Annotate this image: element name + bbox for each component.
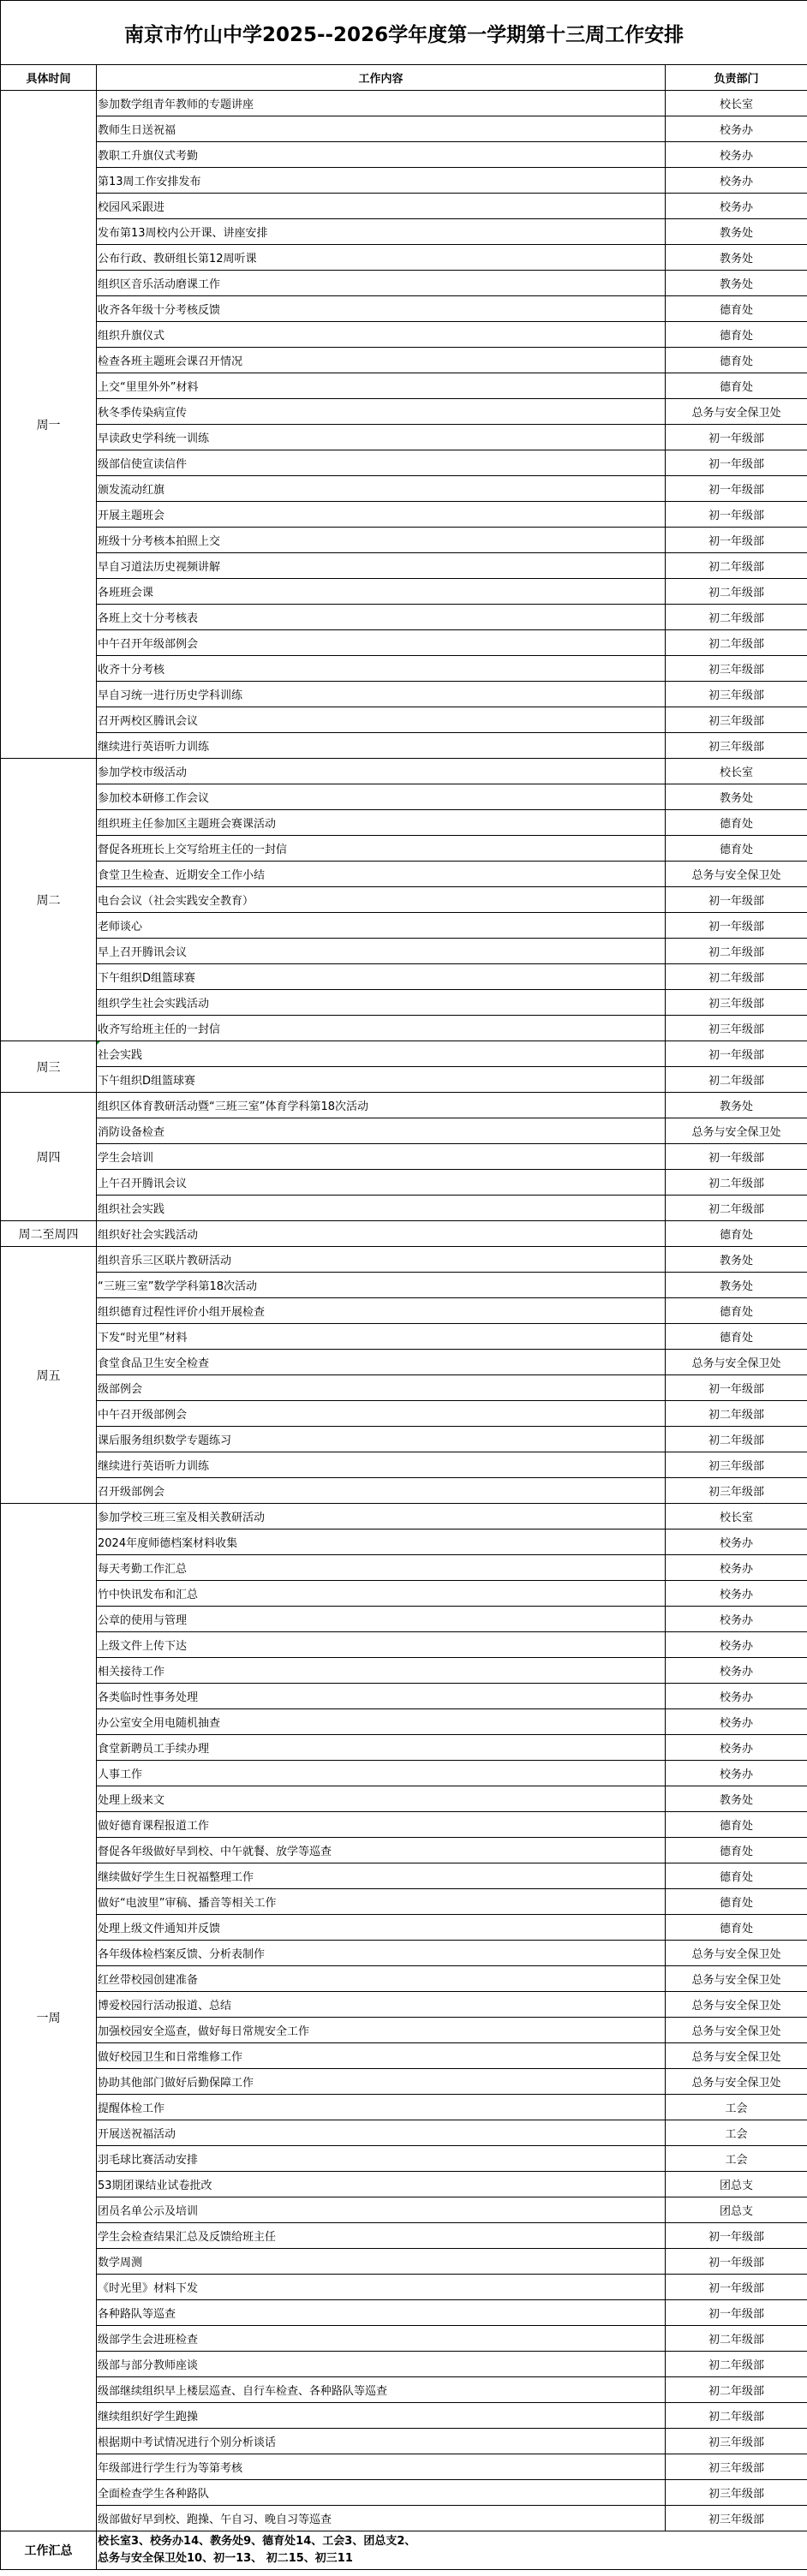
table-row: 秋冬季传染病宣传总务与安全保卫处 (1, 399, 807, 425)
dept-cell: 初一年级部 (666, 1375, 807, 1401)
task-cell: 参加数学组青年教师的专题讲座 (97, 91, 666, 116)
table-row: 红丝带校园创建准备总务与安全保卫处 (1, 1966, 807, 1992)
dept-cell: 初一年级部 (666, 1041, 807, 1067)
table-row: 提醒体检工作工会 (1, 2095, 807, 2120)
table-row: 每天考勤工作汇总校务办 (1, 1555, 807, 1581)
summary-text: 校长室3、校务办14、教务处9、德育处14、工会3、团总支2、 总务与安全保卫处… (97, 2531, 807, 2570)
task-cell: 参加学校三班三室及相关教研活动 (97, 1504, 666, 1529)
task-cell: 级部继续组织早上楼层巡查、自行车检查、各种路队等巡查 (97, 2377, 666, 2403)
task-cell: 学生会培训 (97, 1144, 666, 1170)
table-row: 食堂卫生检查、近期安全工作小结总务与安全保卫处 (1, 862, 807, 887)
task-cell: 博爱校园行活动报道、总结 (97, 1992, 666, 2018)
table-row: 做好校园卫生和日常维修工作总务与安全保卫处 (1, 2043, 807, 2069)
table-row: 办公室安全用电随机抽查校务办 (1, 1709, 807, 1735)
task-cell: 收齐十分考核 (97, 656, 666, 682)
dept-cell: 初二年级部 (666, 605, 807, 630)
task-cell: 2024年度师德档案材料收集 (97, 1529, 666, 1555)
dept-cell: 总务与安全保卫处 (666, 399, 807, 425)
task-cell: 每天考勤工作汇总 (97, 1555, 666, 1581)
summary-label: 工作汇总 (1, 2531, 97, 2570)
task-cell: 召开两校区腾讯会议 (97, 707, 666, 733)
task-cell: 组织音乐三区联片教研活动 (97, 1247, 666, 1273)
dept-cell: 校务办 (666, 1632, 807, 1658)
task-cell: 下发“时光里”材料 (97, 1324, 666, 1350)
task-cell: 各班上交十分考核表 (97, 605, 666, 630)
table-row: 周二至周四组织好社会实践活动德育处 (1, 1221, 807, 1247)
dept-cell: 初一年级部 (666, 2223, 807, 2249)
task-cell: 组织德育过程性评价小组开展检查 (97, 1298, 666, 1324)
dept-cell: 校务办 (666, 1581, 807, 1607)
task-cell: 开展主题班会 (97, 502, 666, 528)
dept-cell: 初二年级部 (666, 2403, 807, 2429)
task-cell: 做好校园卫生和日常维修工作 (97, 2043, 666, 2069)
task-cell: 秋冬季传染病宣传 (97, 399, 666, 425)
dept-cell: 校务办 (666, 168, 807, 194)
task-cell: 公布行政、教研组长第12周听课 (97, 245, 666, 271)
task-cell: 收齐写给班主任的一封信 (97, 1016, 666, 1041)
dept-cell: 教务处 (666, 1786, 807, 1812)
day-cell: 周三 (1, 1041, 97, 1093)
dept-cell: 总务与安全保卫处 (666, 1350, 807, 1375)
dept-cell: 初三年级部 (666, 990, 807, 1016)
dept-cell: 德育处 (666, 373, 807, 399)
table-row: 中午召开级部例会初二年级部 (1, 1401, 807, 1427)
table-row: 公章的使用与管理校务办 (1, 1607, 807, 1632)
task-cell: 早自习统一进行历史学科训练 (97, 682, 666, 707)
task-cell: 检查各班主题班会课召开情况 (97, 348, 666, 373)
dept-cell: 初三年级部 (666, 1016, 807, 1041)
dept-cell: 初二年级部 (666, 1196, 807, 1221)
table-row: 督促各班班长上交写给班主任的一封信德育处 (1, 836, 807, 862)
dept-cell: 初二年级部 (666, 2352, 807, 2377)
table-row: 召开两校区腾讯会议初三年级部 (1, 707, 807, 733)
table-row: 下发“时光里”材料德育处 (1, 1324, 807, 1350)
table-row: 班级十分考核本拍照上交初一年级部 (1, 528, 807, 553)
table-row: 消防设备检查总务与安全保卫处 (1, 1118, 807, 1144)
task-cell: 各类临时性事务处理 (97, 1684, 666, 1709)
dept-cell: 总务与安全保卫处 (666, 2043, 807, 2069)
dept-cell: 初二年级部 (666, 1401, 807, 1427)
task-cell: 电台会议（社会实践安全教育） (97, 887, 666, 913)
table-row: 督促各年级做好早到校、中午就餐、放学等巡查德育处 (1, 1838, 807, 1863)
table-row: 处理上级来文教务处 (1, 1786, 807, 1812)
dept-cell: 初三年级部 (666, 1452, 807, 1478)
dept-cell: 团总支 (666, 2197, 807, 2223)
task-cell: 参加校本研修工作会议 (97, 784, 666, 810)
task-cell: 加强校园安全巡查，做好每日常规安全工作 (97, 2018, 666, 2043)
task-cell: 下午组织D组篮球赛 (97, 1067, 666, 1093)
dept-cell: 初一年级部 (666, 450, 807, 476)
dept-cell: 初二年级部 (666, 964, 807, 990)
table-row: 上级文件上传下达校务办 (1, 1632, 807, 1658)
task-cell: 组织学生社会实践活动 (97, 990, 666, 1016)
task-cell: 年级部进行学生行为等第考核 (97, 2454, 666, 2480)
dept-cell: 教务处 (666, 271, 807, 296)
column-header-dept: 负责部门 (666, 65, 807, 91)
summary-row: 工作汇总 校长室3、校务办14、教务处9、德育处14、工会3、团总支2、 总务与… (1, 2531, 807, 2570)
table-row: 下午组织D组篮球赛初二年级部 (1, 1067, 807, 1093)
dept-cell: 校务办 (666, 1684, 807, 1709)
task-cell: 全面检查学生各种路队 (97, 2480, 666, 2506)
task-cell: 发布第13周校内公开课、讲座安排 (97, 219, 666, 245)
table-row: 周一参加数学组青年教师的专题讲座校长室 (1, 91, 807, 116)
table-row: 检查各班主题班会课召开情况德育处 (1, 348, 807, 373)
table-row: 继续进行英语听力训练初三年级部 (1, 733, 807, 759)
task-cell: 食堂卫生检查、近期安全工作小结 (97, 862, 666, 887)
task-cell: 相关接待工作 (97, 1658, 666, 1684)
dept-cell: 德育处 (666, 296, 807, 322)
task-cell: 提醒体检工作 (97, 2095, 666, 2120)
dept-cell: 初二年级部 (666, 939, 807, 964)
dept-cell: 德育处 (666, 1863, 807, 1889)
table-row: 继续做好学生生日祝福整理工作德育处 (1, 1863, 807, 1889)
table-row: 老师谈心初一年级部 (1, 913, 807, 939)
dept-cell: 初三年级部 (666, 707, 807, 733)
table-row: 第13周工作安排发布校务办 (1, 168, 807, 194)
day-cell: 周一 (1, 91, 97, 759)
task-cell: 数学周测 (97, 2249, 666, 2275)
task-cell: 办公室安全用电随机抽查 (97, 1709, 666, 1735)
task-cell: 羽毛球比赛活动安排 (97, 2146, 666, 2172)
task-cell: 早上召开腾讯会议 (97, 939, 666, 964)
dept-cell: 校务办 (666, 1658, 807, 1684)
task-cell: 《时光里》材料下发 (97, 2275, 666, 2300)
dept-cell: 初一年级部 (666, 2300, 807, 2326)
dept-cell: 初三年级部 (666, 1478, 807, 1504)
table-row: 各班班会课初二年级部 (1, 579, 807, 605)
dept-cell: 初一年级部 (666, 887, 807, 913)
dept-cell: 初三年级部 (666, 2506, 807, 2531)
task-cell: 开展送祝福活动 (97, 2120, 666, 2146)
dept-cell: 总务与安全保卫处 (666, 1118, 807, 1144)
table-row: 教职工升旗仪式考勤校务办 (1, 142, 807, 168)
table-row: 开展主题班会初一年级部 (1, 502, 807, 528)
dept-cell: 初三年级部 (666, 2454, 807, 2480)
table-row: 级部例会初一年级部 (1, 1375, 807, 1401)
task-cell: 督促各班班长上交写给班主任的一封信 (97, 836, 666, 862)
task-cell: 级部做好早到校、跑操、午自习、晚自习等巡查 (97, 2506, 666, 2531)
column-header-time: 具体时间 (1, 65, 97, 91)
table-row: 组织德育过程性评价小组开展检查德育处 (1, 1298, 807, 1324)
table-row: 级部与部分教师座谈初二年级部 (1, 2352, 807, 2377)
task-cell: 早自习道法历史视频讲解 (97, 553, 666, 579)
task-cell: 上交“里里外外”材料 (97, 373, 666, 399)
dept-cell: 初一年级部 (666, 502, 807, 528)
dept-cell: 初一年级部 (666, 2249, 807, 2275)
table-row: 组织升旗仪式德育处 (1, 322, 807, 348)
table-row: 上午召开腾讯会议初二年级部 (1, 1170, 807, 1196)
table-row: 各类临时性事务处理校务办 (1, 1684, 807, 1709)
task-cell: 收齐各年级十分考核反馈 (97, 296, 666, 322)
dept-cell: 校务办 (666, 142, 807, 168)
table-row: 组织班主任参加区主题班会赛课活动德育处 (1, 810, 807, 836)
task-cell: 食堂食品卫生安全检查 (97, 1350, 666, 1375)
table-row: 级部信使宣读信件初一年级部 (1, 450, 807, 476)
dept-cell: 初二年级部 (666, 1067, 807, 1093)
dept-cell: 初一年级部 (666, 913, 807, 939)
summary-line-1: 校长室3、校务办14、教务处9、德育处14、工会3、团总支2、 (98, 2533, 807, 2550)
dept-cell: 校长室 (666, 91, 807, 116)
dept-cell: 总务与安全保卫处 (666, 862, 807, 887)
dept-cell: 教务处 (666, 245, 807, 271)
page-title: 南京市竹山中学2025--2026学年度第一学期第十三周工作安排 (1, 1, 807, 65)
dept-cell: 初二年级部 (666, 579, 807, 605)
table-row: 早自习统一进行历史学科训练初三年级部 (1, 682, 807, 707)
task-cell: 校园风采跟进 (97, 194, 666, 219)
task-cell: 各种路队等巡查 (97, 2300, 666, 2326)
table-row: 参加校本研修工作会议教务处 (1, 784, 807, 810)
task-cell: 早读政史学科统一训练 (97, 425, 666, 450)
dept-cell: 初二年级部 (666, 1427, 807, 1452)
table-row: 相关接待工作校务办 (1, 1658, 807, 1684)
table-row: 做好德育课程报道工作德育处 (1, 1812, 807, 1838)
table-row: 继续进行英语听力训练初三年级部 (1, 1452, 807, 1478)
dept-cell: 团总支 (666, 2172, 807, 2197)
dept-cell: 校务办 (666, 1709, 807, 1735)
task-cell: 下午组织D组篮球赛 (97, 964, 666, 990)
dept-cell: 初二年级部 (666, 553, 807, 579)
dept-cell: 德育处 (666, 1889, 807, 1915)
task-cell: 教职工升旗仪式考勤 (97, 142, 666, 168)
dept-cell: 总务与安全保卫处 (666, 1992, 807, 2018)
table-row: 级部学生会进班检查初二年级部 (1, 2326, 807, 2352)
task-cell: 组织区体育教研活动暨“三班三室”体育学科第18次活动 (97, 1093, 666, 1118)
table-row: 人事工作校务办 (1, 1761, 807, 1786)
table-row: 中午召开年级部例会初二年级部 (1, 630, 807, 656)
dept-cell: 教务处 (666, 219, 807, 245)
table-row: 处理上级文件通知并反馈德育处 (1, 1915, 807, 1941)
table-row: 发布第13周校内公开课、讲座安排教务处 (1, 219, 807, 245)
table-row: 各班上交十分考核表初二年级部 (1, 605, 807, 630)
dept-cell: 总务与安全保卫处 (666, 2069, 807, 2095)
table-row: 周四组织区体育教研活动暨“三班三室”体育学科第18次活动教务处 (1, 1093, 807, 1118)
table-row: 组织社会实践初二年级部 (1, 1196, 807, 1221)
table-row: 课后服务组织数学专题练习初二年级部 (1, 1427, 807, 1452)
dept-cell: 初三年级部 (666, 2480, 807, 2506)
table-row: 收齐各年级十分考核反馈德育处 (1, 296, 807, 322)
dept-cell: 校务办 (666, 194, 807, 219)
task-cell: 处理上级文件通知并反馈 (97, 1915, 666, 1941)
task-cell: 公章的使用与管理 (97, 1607, 666, 1632)
table-row: 早读政史学科统一训练初一年级部 (1, 425, 807, 450)
dept-cell: 德育处 (666, 810, 807, 836)
dept-cell: 教务处 (666, 1093, 807, 1118)
dept-cell: 工会 (666, 2146, 807, 2172)
task-cell: 老师谈心 (97, 913, 666, 939)
table-row: 各种路队等巡查初一年级部 (1, 2300, 807, 2326)
dept-cell: 德育处 (666, 322, 807, 348)
task-cell: 督促各年级做好早到校、中午就餐、放学等巡查 (97, 1838, 666, 1863)
day-cell: 周二至周四 (1, 1221, 97, 1247)
task-cell: 继续进行英语听力训练 (97, 1452, 666, 1478)
task-cell: 各年级体检档案反馈、分析表制作 (97, 1941, 666, 1966)
table-row: 收齐写给班主任的一封信初三年级部 (1, 1016, 807, 1041)
table-row: 收齐十分考核初三年级部 (1, 656, 807, 682)
dept-cell: 总务与安全保卫处 (666, 1966, 807, 1992)
dept-cell: 工会 (666, 2095, 807, 2120)
task-cell: 53期团课结业试卷批改 (97, 2172, 666, 2197)
table-row: 电台会议（社会实践安全教育）初一年级部 (1, 887, 807, 913)
dept-cell: 校务办 (666, 116, 807, 142)
dept-cell: 校务办 (666, 1529, 807, 1555)
day-cell: 一周 (1, 1504, 97, 2531)
column-header-content: 工作内容 (97, 65, 666, 91)
dept-cell: 初三年级部 (666, 733, 807, 759)
table-row: 周二参加学校市级活动校长室 (1, 759, 807, 784)
task-cell: 人事工作 (97, 1761, 666, 1786)
table-row: 学生会检查结果汇总及反馈给班主任初一年级部 (1, 2223, 807, 2249)
task-cell: 继续做好学生生日祝福整理工作 (97, 1863, 666, 1889)
day-cell: 周二 (1, 759, 97, 1041)
task-cell: 食堂新聘员工手续办理 (97, 1735, 666, 1761)
table-row: 一周参加学校三班三室及相关教研活动校长室 (1, 1504, 807, 1529)
task-cell: 处理上级来文 (97, 1786, 666, 1812)
day-cell: 周四 (1, 1093, 97, 1221)
task-cell: 第13周工作安排发布 (97, 168, 666, 194)
task-cell: 组织班主任参加区主题班会赛课活动 (97, 810, 666, 836)
table-row: 级部做好早到校、跑操、午自习、晚自习等巡查初三年级部 (1, 2506, 807, 2531)
dept-cell: 校务办 (666, 1607, 807, 1632)
task-cell: 社会实践 (97, 1041, 666, 1067)
task-cell: 级部例会 (97, 1375, 666, 1401)
table-row: 上交“里里外外”材料德育处 (1, 373, 807, 399)
table-row: 《时光里》材料下发初一年级部 (1, 2275, 807, 2300)
task-cell: 红丝带校园创建准备 (97, 1966, 666, 1992)
table-row: 2024年度师德档案材料收集校务办 (1, 1529, 807, 1555)
table-row: 博爱校园行活动报道、总结总务与安全保卫处 (1, 1992, 807, 2018)
task-cell: 颁发流动红旗 (97, 476, 666, 502)
schedule-body: 周一参加数学组青年教师的专题讲座校长室教师生日送祝福校务办教职工升旗仪式考勤校务… (1, 91, 807, 2531)
table-row: 组织学生社会实践活动初三年级部 (1, 990, 807, 1016)
dept-cell: 初二年级部 (666, 1170, 807, 1196)
task-cell: 参加学校市级活动 (97, 759, 666, 784)
table-row: 召开级部例会初三年级部 (1, 1478, 807, 1504)
task-cell: 继续进行英语听力训练 (97, 733, 666, 759)
task-cell: 上级文件上传下达 (97, 1632, 666, 1658)
table-row: 根据期中考试情况进行个别分析谈话初三年级部 (1, 2429, 807, 2454)
dept-cell: 德育处 (666, 1324, 807, 1350)
task-cell: 召开级部例会 (97, 1478, 666, 1504)
table-row: 教师生日送祝福校务办 (1, 116, 807, 142)
dept-cell: 初三年级部 (666, 682, 807, 707)
task-cell: 级部学生会进班检查 (97, 2326, 666, 2352)
table-row: 食堂新聘员工手续办理校务办 (1, 1735, 807, 1761)
dept-cell: 初一年级部 (666, 476, 807, 502)
dept-cell: 总务与安全保卫处 (666, 1941, 807, 1966)
task-cell: 各班班会课 (97, 579, 666, 605)
table-row: 周三社会实践初一年级部 (1, 1041, 807, 1067)
table-row: 羽毛球比赛活动安排工会 (1, 2146, 807, 2172)
task-cell: 级部信使宣读信件 (97, 450, 666, 476)
task-cell: 团员名单公示及培训 (97, 2197, 666, 2223)
day-cell: 周五 (1, 1247, 97, 1504)
table-row: 全面检查学生各种路队初三年级部 (1, 2480, 807, 2506)
task-cell: 协助其他部门做好后勤保障工作 (97, 2069, 666, 2095)
dept-cell: 教务处 (666, 1273, 807, 1298)
task-cell: 做好“电波里”审稿、播音等相关工作 (97, 1889, 666, 1915)
table-row: 团员名单公示及培训团总支 (1, 2197, 807, 2223)
table-row: 下午组织D组篮球赛初二年级部 (1, 964, 807, 990)
table-row: 继续组织好学生跑操初二年级部 (1, 2403, 807, 2429)
task-cell: 消防设备检查 (97, 1118, 666, 1144)
table-row: 协助其他部门做好后勤保障工作总务与安全保卫处 (1, 2069, 807, 2095)
dept-cell: 德育处 (666, 1298, 807, 1324)
dept-cell: 初二年级部 (666, 2377, 807, 2403)
dept-cell: 德育处 (666, 348, 807, 373)
dept-cell: 校长室 (666, 759, 807, 784)
header-row: 具体时间 工作内容 负责部门 (1, 65, 807, 91)
task-cell: 学生会检查结果汇总及反馈给班主任 (97, 2223, 666, 2249)
table-row: 做好“电波里”审稿、播音等相关工作德育处 (1, 1889, 807, 1915)
task-cell: 班级十分考核本拍照上交 (97, 528, 666, 553)
table-row: 加强校园安全巡查，做好每日常规安全工作总务与安全保卫处 (1, 2018, 807, 2043)
dept-cell: 校务办 (666, 1555, 807, 1581)
dept-cell: 德育处 (666, 1838, 807, 1863)
task-cell: 课后服务组织数学专题练习 (97, 1427, 666, 1452)
table-row: 竹中快讯发布和汇总校务办 (1, 1581, 807, 1607)
dept-cell: 校长室 (666, 1504, 807, 1529)
task-cell: 组织区音乐活动磨课工作 (97, 271, 666, 296)
dept-cell: 校务办 (666, 1761, 807, 1786)
table-row: 颁发流动红旗初一年级部 (1, 476, 807, 502)
table-row: “三班三室”数学学科第18次活动教务处 (1, 1273, 807, 1298)
dept-cell: 德育处 (666, 1221, 807, 1247)
dept-cell: 教务处 (666, 784, 807, 810)
dept-cell: 教务处 (666, 1247, 807, 1273)
dept-cell: 初二年级部 (666, 2326, 807, 2352)
task-cell: 根据期中考试情况进行个别分析谈话 (97, 2429, 666, 2454)
table-row: 早上召开腾讯会议初二年级部 (1, 939, 807, 964)
dept-cell: 初三年级部 (666, 2429, 807, 2454)
table-row: 校园风采跟进校务办 (1, 194, 807, 219)
table-row: 年级部进行学生行为等第考核初三年级部 (1, 2454, 807, 2480)
task-cell: 做好德育课程报道工作 (97, 1812, 666, 1838)
task-cell: 中午召开年级部例会 (97, 630, 666, 656)
summary-line-2: 总务与安全保卫处10、初一13、 初二15、初三11 (98, 2550, 807, 2567)
dept-cell: 初一年级部 (666, 528, 807, 553)
table-row: 公布行政、教研组长第12周听课教务处 (1, 245, 807, 271)
table-row: 各年级体检档案反馈、分析表制作总务与安全保卫处 (1, 1941, 807, 1966)
table-row: 数学周测初一年级部 (1, 2249, 807, 2275)
dept-cell: 校务办 (666, 1735, 807, 1761)
dept-cell: 德育处 (666, 836, 807, 862)
table-row: 组织区音乐活动磨课工作教务处 (1, 271, 807, 296)
task-cell: 组织社会实践 (97, 1196, 666, 1221)
dept-cell: 初二年级部 (666, 630, 807, 656)
dept-cell: 初三年级部 (666, 656, 807, 682)
table-row: 学生会培训初一年级部 (1, 1144, 807, 1170)
task-cell: 继续组织好学生跑操 (97, 2403, 666, 2429)
task-cell: 竹中快讯发布和汇总 (97, 1581, 666, 1607)
task-cell: “三班三室”数学学科第18次活动 (97, 1273, 666, 1298)
task-cell: 组织好社会实践活动 (97, 1221, 666, 1247)
dept-cell: 初一年级部 (666, 1144, 807, 1170)
dept-cell: 工会 (666, 2120, 807, 2146)
task-cell: 组织升旗仪式 (97, 322, 666, 348)
dept-cell: 总务与安全保卫处 (666, 2018, 807, 2043)
table-row: 食堂食品卫生安全检查总务与安全保卫处 (1, 1350, 807, 1375)
task-cell: 中午召开级部例会 (97, 1401, 666, 1427)
task-cell: 级部与部分教师座谈 (97, 2352, 666, 2377)
task-cell: 上午召开腾讯会议 (97, 1170, 666, 1196)
table-row: 53期团课结业试卷批改团总支 (1, 2172, 807, 2197)
dept-cell: 德育处 (666, 1915, 807, 1941)
table-row: 周五组织音乐三区联片教研活动教务处 (1, 1247, 807, 1273)
table-row: 早自习道法历史视频讲解初二年级部 (1, 553, 807, 579)
work-schedule-table: 南京市竹山中学2025--2026学年度第一学期第十三周工作安排 具体时间 工作… (0, 0, 807, 2570)
table-row: 级部继续组织早上楼层巡查、自行车检查、各种路队等巡查初二年级部 (1, 2377, 807, 2403)
task-cell: 教师生日送祝福 (97, 116, 666, 142)
